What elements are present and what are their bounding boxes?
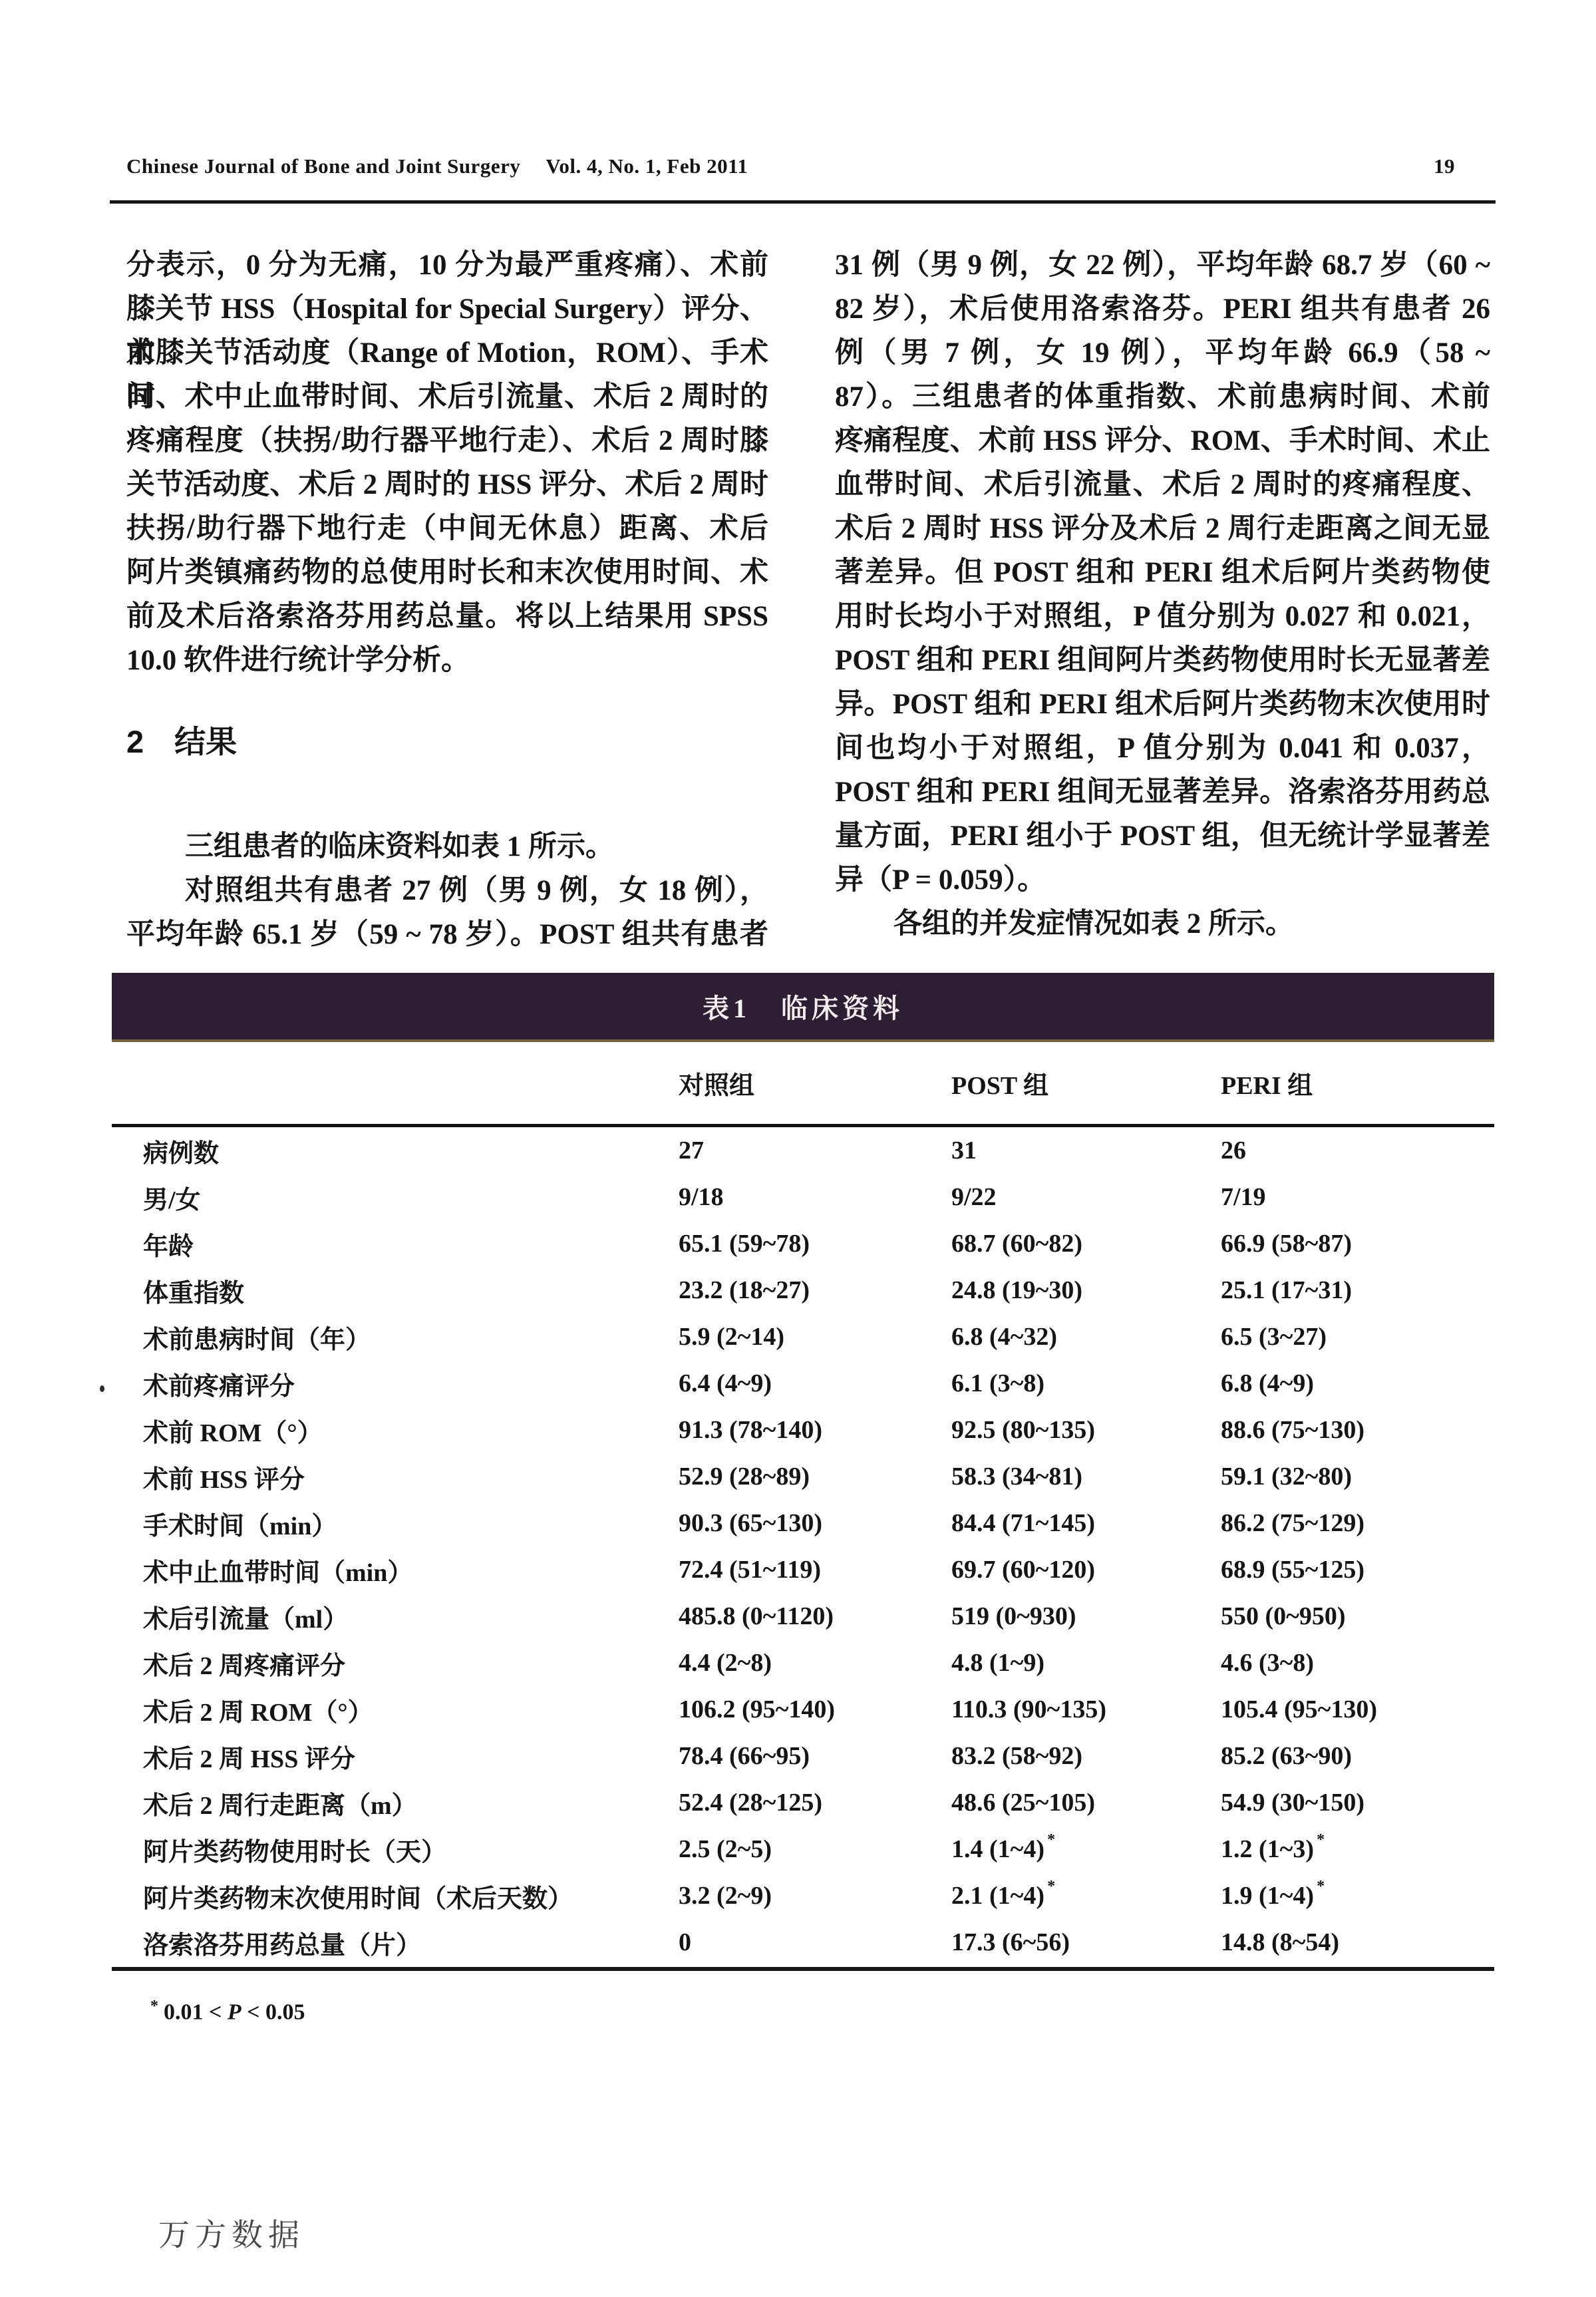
- cell-peri: 6.5 (3~27): [1221, 1314, 1494, 1360]
- significance-asterisk: *: [1317, 1878, 1325, 1896]
- cell-post: 84.4 (71~145): [951, 1500, 1221, 1546]
- table-1-clinical-data: 表1 临床资料 对照组 POST 组 PERI 组 病例数 27 31 26 男…: [112, 973, 1494, 2025]
- column-header-control-group: 对照组: [679, 1042, 951, 1124]
- cell-control: 3.2 (2~9): [679, 1872, 951, 1919]
- cell-post: 519 (0~930): [951, 1593, 1221, 1640]
- cell-peri: 25.1 (17~31): [1221, 1267, 1494, 1314]
- paragraph-line: 著差异。但 POST 组和 PERI 组术后阿片类药物使: [835, 551, 1490, 595]
- cell-control: 485.8 (0~1120): [679, 1593, 951, 1640]
- table-row: 术后 2 周 ROM（°） 106.2 (95~140) 110.3 (90~1…: [112, 1686, 1494, 1733]
- cell-peri: 4.6 (3~8): [1221, 1640, 1494, 1686]
- cell-peri: 1.9 (1~4)*: [1221, 1872, 1494, 1919]
- cell-control: 65.1 (59~78): [679, 1220, 951, 1267]
- cell-peri: 86.2 (75~129): [1221, 1500, 1494, 1546]
- paragraph-line: 前膝关节活动度（Range of Motion，ROM）、手术时: [126, 331, 768, 375]
- table-header-row: 对照组 POST 组 PERI 组: [112, 1042, 1494, 1127]
- paragraph-line: 用时长均小于对照组，P 值分别为 0.027 和 0.021，: [835, 595, 1490, 639]
- cell-control: 72.4 (51~119): [679, 1546, 951, 1593]
- cell-control: 27: [679, 1127, 951, 1174]
- cell-control: 91.3 (78~140): [679, 1407, 951, 1453]
- row-label: 术后 2 周 ROM（°）: [112, 1686, 679, 1733]
- footnote-text-post: < 0.05: [241, 2000, 305, 2024]
- row-label: 阿片类药物末次使用时间（术后天数）: [112, 1872, 679, 1919]
- cell-post: 58.3 (34~81): [951, 1453, 1221, 1500]
- cell-post: 4.8 (1~9): [951, 1640, 1221, 1686]
- table-row: 年龄 65.1 (59~78) 68.7 (60~82) 66.9 (58~87…: [112, 1220, 1494, 1267]
- row-label: 阿片类药物使用时长（天）: [112, 1826, 679, 1872]
- table-row: 术后引流量（ml） 485.8 (0~1120) 519 (0~930) 550…: [112, 1593, 1494, 1640]
- cell-post: 9/22: [951, 1174, 1221, 1220]
- cell-post: 1.4 (1~4)*: [951, 1826, 1221, 1872]
- table-bottom-rule: [112, 1967, 1494, 1971]
- cell-control: 9/18: [679, 1174, 951, 1220]
- significance-asterisk: *: [1317, 1831, 1325, 1849]
- table-title-bar: 表1 临床资料: [112, 973, 1494, 1042]
- cell-peri: 26: [1221, 1127, 1494, 1174]
- journal-title: Chinese Journal of Bone and Joint Surger…: [126, 154, 520, 178]
- cell-peri: 88.6 (75~130): [1221, 1407, 1494, 1453]
- page-number: 19: [1434, 154, 1455, 178]
- row-label: 术中止血带时间（min）: [112, 1546, 679, 1593]
- row-label: 年龄: [112, 1220, 679, 1267]
- cell-post: 110.3 (90~135): [951, 1686, 1221, 1733]
- cell-control: 0: [679, 1919, 951, 1966]
- row-label: 术前 HSS 评分: [112, 1453, 679, 1500]
- table-row: 术后 2 周 HSS 评分 78.4 (66~95) 83.2 (58~92) …: [112, 1733, 1494, 1779]
- paragraph-line: 疼痛程度、术前 HSS 评分、ROM、手术时间、术止: [835, 419, 1490, 463]
- cell-control: 52.4 (28~125): [679, 1779, 951, 1826]
- section-heading-results: 2结果: [126, 720, 768, 764]
- table-footnote: *0.01 < P < 0.05: [112, 1998, 1494, 2025]
- table-row: 术后 2 周行走距离（m） 52.4 (28~125) 48.6 (25~105…: [112, 1779, 1494, 1826]
- cell-control: 23.2 (18~27): [679, 1267, 951, 1314]
- table-header-empty: [112, 1042, 679, 1124]
- cell-peri: 68.9 (55~125): [1221, 1546, 1494, 1593]
- table-row: 术前 ROM（°） 91.3 (78~140) 92.5 (80~135) 88…: [112, 1407, 1494, 1453]
- row-label: 体重指数: [112, 1267, 679, 1314]
- footnote-p-symbol: P: [228, 2000, 241, 2024]
- cell-control: 4.4 (2~8): [679, 1640, 951, 1686]
- cell-post: 17.3 (6~56): [951, 1919, 1221, 1966]
- paragraph-line: 术后 2 周时 HSS 评分及术后 2 周行走距离之间无显: [835, 507, 1490, 551]
- section-title: 结果: [174, 724, 237, 759]
- right-column: 31 例（男 9 例，女 22 例），平均年龄 68.7 岁（60 ~ 82 岁…: [835, 244, 1490, 957]
- row-label: 术后 2 周行走距离（m）: [112, 1779, 679, 1826]
- cell-control: 6.4 (4~9): [679, 1360, 951, 1407]
- column-header-post-group: POST 组: [951, 1042, 1221, 1124]
- paragraph-line: 量方面，PERI 组小于 POST 组，但无统计学显著差: [835, 814, 1490, 858]
- paragraph-line: 87）。三组患者的体重指数、术前患病时间、术前: [835, 375, 1490, 419]
- running-head: Chinese Journal of Bone and Joint Surger…: [126, 154, 1494, 178]
- table-row: 男/女 9/18 9/22 7/19: [112, 1174, 1494, 1220]
- cell-post: 92.5 (80~135): [951, 1407, 1221, 1453]
- table-row: 术前患病时间（年） 5.9 (2~14) 6.8 (4~32) 6.5 (3~2…: [112, 1314, 1494, 1360]
- paragraph-line: 间也均小于对照组，P 值分别为 0.041 和 0.037，: [835, 727, 1490, 771]
- paragraph-line: 关节活动度、术后 2 周时的 HSS 评分、术后 2 周时: [126, 463, 768, 507]
- paragraph-line: 31 例（男 9 例，女 22 例），平均年龄 68.7 岁（60 ~: [835, 244, 1490, 287]
- cell-post: 48.6 (25~105): [951, 1779, 1221, 1826]
- cell-post: 24.8 (19~30): [951, 1267, 1221, 1314]
- cell-peri: 54.9 (30~150): [1221, 1779, 1494, 1826]
- paragraph-line: 82 岁），术后使用洛索洛芬。PERI 组共有患者 26: [835, 287, 1490, 331]
- cell-post: 69.7 (60~120): [951, 1546, 1221, 1593]
- cell-peri: 14.8 (8~54): [1221, 1919, 1494, 1966]
- significance-asterisk: *: [1047, 1831, 1055, 1849]
- cell-control: 2.5 (2~5): [679, 1826, 951, 1872]
- cell-peri: 550 (0~950): [1221, 1593, 1494, 1640]
- table-row: 术前 HSS 评分 52.9 (28~89) 58.3 (34~81) 59.1…: [112, 1453, 1494, 1500]
- paragraph-line: 各组的并发症情况如表 2 所示。: [835, 902, 1490, 946]
- left-column: 分表示，0 分为无痛，10 分为最严重疼痛）、术前 膝关节 HSS（Hospit…: [126, 244, 768, 957]
- row-label: 洛索洛芬用药总量（片）: [112, 1919, 679, 1966]
- paragraph-line: 平均年龄 65.1 岁（59 ~ 78 岁）。POST 组共有患者: [126, 913, 768, 957]
- row-label: 术前 ROM（°）: [112, 1407, 679, 1453]
- results-paragraph: 三组患者的临床资料如表 1 所示。 对照组共有患者 27 例（男 9 例，女 1…: [126, 825, 768, 957]
- cell-post: 68.7 (60~82): [951, 1220, 1221, 1267]
- paragraph-line: POST 组和 PERI 组间阿片类药物使用时长无显著差: [835, 639, 1490, 683]
- paragraph-line: 疼痛程度（扶拐/助行器平地行走）、术后 2 周时膝: [126, 419, 768, 463]
- cell-post: 6.1 (3~8): [951, 1360, 1221, 1407]
- row-label: 术后 2 周 HSS 评分: [112, 1733, 679, 1779]
- row-label: 术后 2 周疼痛评分: [112, 1640, 679, 1686]
- row-label: 术前疼痛评分: [112, 1360, 679, 1407]
- significance-asterisk: *: [1047, 1878, 1055, 1896]
- table-row: 手术时间（min） 90.3 (65~130) 84.4 (71~145) 86…: [112, 1500, 1494, 1546]
- paragraph-line: 例（男 7 例，女 19 例），平均年龄 66.9（58 ~: [835, 331, 1490, 375]
- cell-post: 31: [951, 1127, 1221, 1174]
- paragraph-line: 间、术中止血带时间、术后引流量、术后 2 周时的: [126, 375, 768, 419]
- row-label: 男/女: [112, 1174, 679, 1220]
- table-row: 术中止血带时间（min） 72.4 (51~119) 69.7 (60~120)…: [112, 1546, 1494, 1593]
- paragraph-line: 扶拐/助行器下地行走（中间无休息）距离、术后: [126, 507, 768, 551]
- row-label: 术后引流量（ml）: [112, 1593, 679, 1640]
- paragraph-line: 异。POST 组和 PERI 组术后阿片类药物末次使用时: [835, 683, 1490, 727]
- running-head-left: Chinese Journal of Bone and Joint Surger…: [126, 154, 748, 178]
- paragraph-line: 前及术后洛索洛芬用药总量。将以上结果用 SPSS: [126, 595, 768, 639]
- cell-peri: 6.8 (4~9): [1221, 1360, 1494, 1407]
- column-header-peri-group: PERI 组: [1221, 1042, 1494, 1124]
- paragraph-line: 血带时间、术后引流量、术后 2 周时的疼痛程度、: [835, 463, 1490, 507]
- cell-peri: 85.2 (63~90): [1221, 1733, 1494, 1779]
- cell-post: 2.1 (1~4)*: [951, 1872, 1221, 1919]
- cell-peri: 105.4 (95~130): [1221, 1686, 1494, 1733]
- cell-control: 90.3 (65~130): [679, 1500, 951, 1546]
- cell-value: 1.2 (1~3): [1221, 1835, 1314, 1864]
- table-row: 病例数 27 31 26: [112, 1127, 1494, 1174]
- cell-value: 1.4 (1~4): [951, 1835, 1044, 1864]
- cell-control: 52.9 (28~89): [679, 1453, 951, 1500]
- cell-peri: 7/19: [1221, 1174, 1494, 1220]
- paper-page: Chinese Journal of Bone and Joint Surger…: [0, 0, 1596, 2297]
- cell-control: 106.2 (95~140): [679, 1686, 951, 1733]
- paragraph-line: 阿片类镇痛药物的总使用时长和末次使用时间、术: [126, 551, 768, 595]
- section-number: 2: [126, 724, 144, 759]
- row-label: 术前患病时间（年）: [112, 1314, 679, 1360]
- row-label: 病例数: [112, 1127, 679, 1174]
- paragraph-line: 对照组共有患者 27 例（男 9 例，女 18 例），: [126, 869, 768, 913]
- paragraph-line: 膝关节 HSS（Hospital for Special Surgery）评分、…: [126, 287, 768, 331]
- row-label: 手术时间（min）: [112, 1500, 679, 1546]
- paragraph-line: POST 组和 PERI 组间无显著差异。洛索洛芬用药总: [835, 771, 1490, 814]
- paragraph-line: 分表示，0 分为无痛，10 分为最严重疼痛）、术前: [126, 244, 768, 287]
- scan-artifact-dot: [100, 1385, 104, 1392]
- wanfang-data-watermark: 万方数据: [158, 2210, 305, 2255]
- cell-peri: 59.1 (32~80): [1221, 1453, 1494, 1500]
- cell-value: 2.1 (1~4): [951, 1881, 1044, 1910]
- cell-peri: 1.2 (1~3)*: [1221, 1826, 1494, 1872]
- paragraph-line: 三组患者的临床资料如表 1 所示。: [126, 825, 768, 869]
- cell-value: 1.9 (1~4): [1221, 1881, 1314, 1910]
- header-rule: [110, 200, 1496, 204]
- table-row: 体重指数 23.2 (18~27) 24.8 (19~30) 25.1 (17~…: [112, 1267, 1494, 1314]
- table-row: 阿片类药物末次使用时间（术后天数） 3.2 (2~9) 2.1 (1~4)* 1…: [112, 1872, 1494, 1919]
- cell-post: 6.8 (4~32): [951, 1314, 1221, 1360]
- cell-peri: 66.9 (58~87): [1221, 1220, 1494, 1267]
- cell-control: 78.4 (66~95): [679, 1733, 951, 1779]
- footnote-text-pre: 0.01 <: [164, 2000, 228, 2024]
- table-row: 术后 2 周疼痛评分 4.4 (2~8) 4.8 (1~9) 4.6 (3~8): [112, 1640, 1494, 1686]
- table-row: 洛索洛芬用药总量（片） 0 17.3 (6~56) 14.8 (8~54): [112, 1919, 1494, 1966]
- table-row: 阿片类药物使用时长（天） 2.5 (2~5) 1.4 (1~4)* 1.2 (1…: [112, 1826, 1494, 1872]
- cell-post: 83.2 (58~92): [951, 1733, 1221, 1779]
- paragraph-line: 10.0 软件进行统计学分析。: [126, 639, 768, 683]
- journal-issue: Vol. 4, No. 1, Feb 2011: [546, 154, 748, 178]
- table-title: 表1 临床资料: [703, 987, 903, 1025]
- paragraph-line: 异（P = 0.059）。: [835, 858, 1490, 902]
- table-row: 术前疼痛评分 6.4 (4~9) 6.1 (3~8) 6.8 (4~9): [112, 1360, 1494, 1407]
- cell-control: 5.9 (2~14): [679, 1314, 951, 1360]
- body-columns: 分表示，0 分为无痛，10 分为最严重疼痛）、术前 膝关节 HSS（Hospit…: [126, 244, 1490, 957]
- footnote-asterisk: *: [150, 1998, 158, 2015]
